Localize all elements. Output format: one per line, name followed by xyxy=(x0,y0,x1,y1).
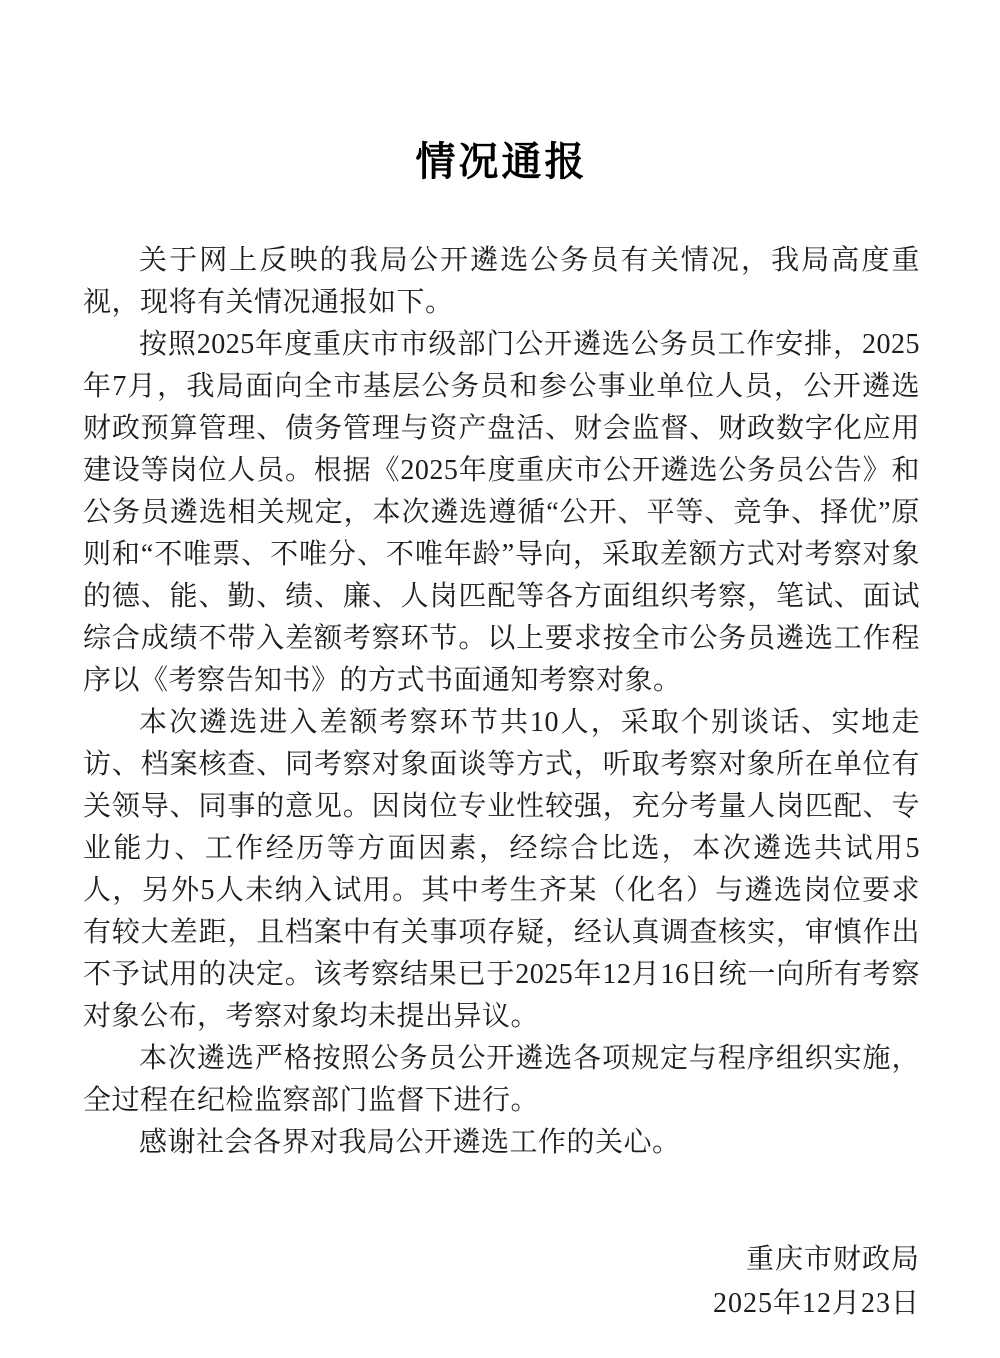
document-body: 关于网上反映的我局公开遴选公务员有关情况，我局高度重视，现将有关情况通报如下。 … xyxy=(83,240,920,1164)
document-title: 情况通报 xyxy=(83,140,920,184)
paragraph-intro: 关于网上反映的我局公开遴选公务员有关情况，我局高度重视，现将有关情况通报如下。 xyxy=(83,240,920,324)
document-page: 情况通报 关于网上反映的我局公开遴选公务员有关情况，我局高度重视，现将有关情况通… xyxy=(0,0,1000,1358)
signature-block: 重庆市财政局 2025年12月23日 xyxy=(83,1238,920,1326)
paragraph-thanks: 感谢社会各界对我局公开遴选工作的关心。 xyxy=(83,1122,920,1164)
signature-organization: 重庆市财政局 xyxy=(83,1238,920,1282)
paragraph-inspection-result: 本次遴选进入差额考察环节共10人，采取个别谈话、实地走访、档案核查、同考察对象面… xyxy=(83,702,920,1038)
paragraph-selection-process: 按照2025年度重庆市市级部门公开遴选公务员工作安排，2025年7月，我局面向全… xyxy=(83,324,920,702)
paragraph-supervision: 本次遴选严格按照公务员公开遴选各项规定与程序组织实施，全过程在纪检监察部门监督下… xyxy=(83,1038,920,1122)
signature-date: 2025年12月23日 xyxy=(83,1282,920,1326)
